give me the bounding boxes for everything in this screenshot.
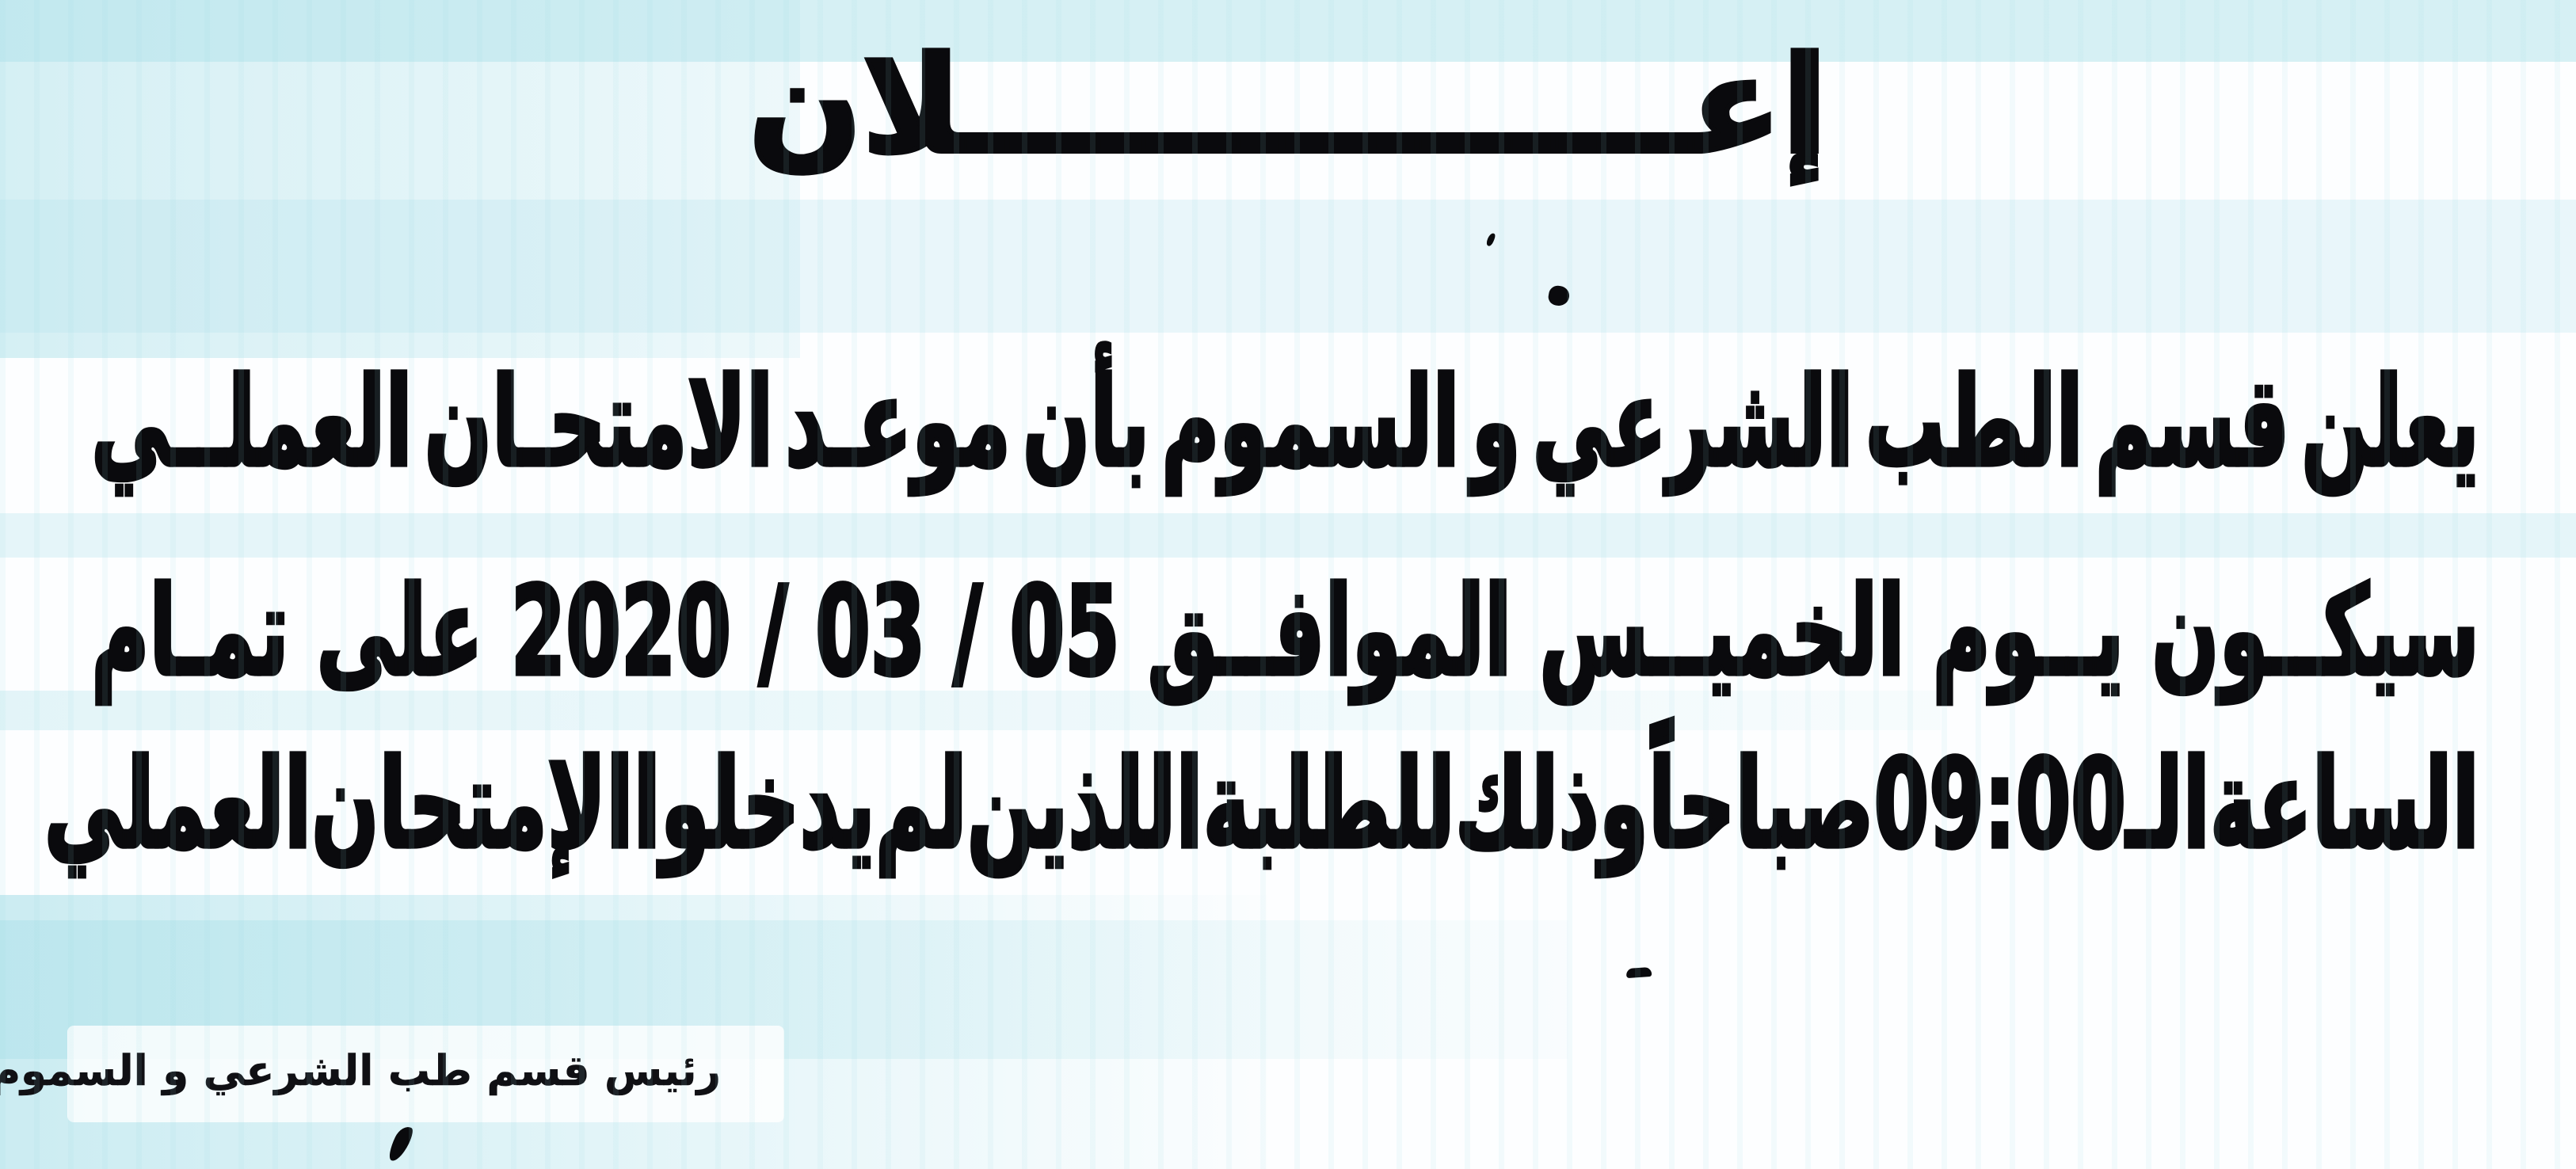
- announcement-body-line-2: سيكــونيــومالخميــسالموافــق05/03/2020ع…: [91, 567, 2479, 696]
- signature-title: رئيس قسم طب الشرعي و السموم: [95, 1047, 721, 1095]
- word: صباحاً: [1648, 740, 1874, 869]
- word: تمـام: [91, 567, 289, 696]
- word: الامتحـان: [425, 358, 774, 487]
- word: 03: [815, 567, 925, 696]
- word: يعلن: [2301, 358, 2479, 487]
- word: اللذين: [967, 740, 1203, 869]
- scan-tint-mid-band: [0, 200, 2576, 333]
- word: للطلبة: [1203, 740, 1455, 869]
- word: و: [1472, 358, 1521, 487]
- word: يدخلوا: [634, 740, 875, 869]
- word: /: [953, 567, 982, 696]
- word: 05: [1010, 567, 1120, 696]
- scan-tint-gap-1: [0, 513, 2576, 558]
- word: بأن: [1023, 358, 1149, 487]
- ink-tick-mark: [1485, 232, 1496, 247]
- word: وذلك: [1455, 740, 1648, 869]
- word: الطب: [1865, 358, 2083, 487]
- word: موعـد: [785, 358, 1011, 487]
- word: السموم: [1161, 358, 1460, 487]
- word: الإمتحان: [311, 740, 633, 869]
- word: الـ09:00: [1874, 740, 2210, 869]
- word: العملي: [44, 740, 311, 869]
- announcement-title: إعــــــــــــــــلان: [0, 22, 2576, 188]
- word: الموافــق: [1148, 567, 1512, 696]
- word: لم: [875, 740, 967, 869]
- word: الشرعي: [1533, 358, 1854, 487]
- word: الخميــس: [1539, 567, 1904, 696]
- word: الساعة: [2210, 740, 2479, 869]
- scan-tint-lower-band: [0, 920, 1568, 1059]
- word: سيكــون: [2151, 567, 2479, 696]
- word: على: [317, 567, 483, 696]
- scan-tint-bottom-left: [0, 895, 1267, 1169]
- word: /: [759, 567, 788, 696]
- announcement-body-line-1: يعلنقسمالطبالشرعيوالسمومبأنموعـدالامتحـا…: [91, 358, 2479, 487]
- signature-pen-stroke: [385, 1123, 415, 1163]
- ink-period-dot: [1547, 284, 1571, 307]
- word: يــوم: [1933, 567, 2124, 696]
- ink-short-dash: [1626, 967, 1652, 978]
- word: 2020: [511, 567, 731, 696]
- word: قسم: [2095, 358, 2290, 487]
- word: العملــي: [91, 358, 413, 487]
- announcement-body-line-3: الساعةالـ09:00صباحاًوذلكللطلبةاللذينلميد…: [91, 740, 2479, 869]
- scanned-announcement-page: إعــــــــــــــــلان يعلنقسمالطبالشرعيو…: [0, 0, 2576, 1169]
